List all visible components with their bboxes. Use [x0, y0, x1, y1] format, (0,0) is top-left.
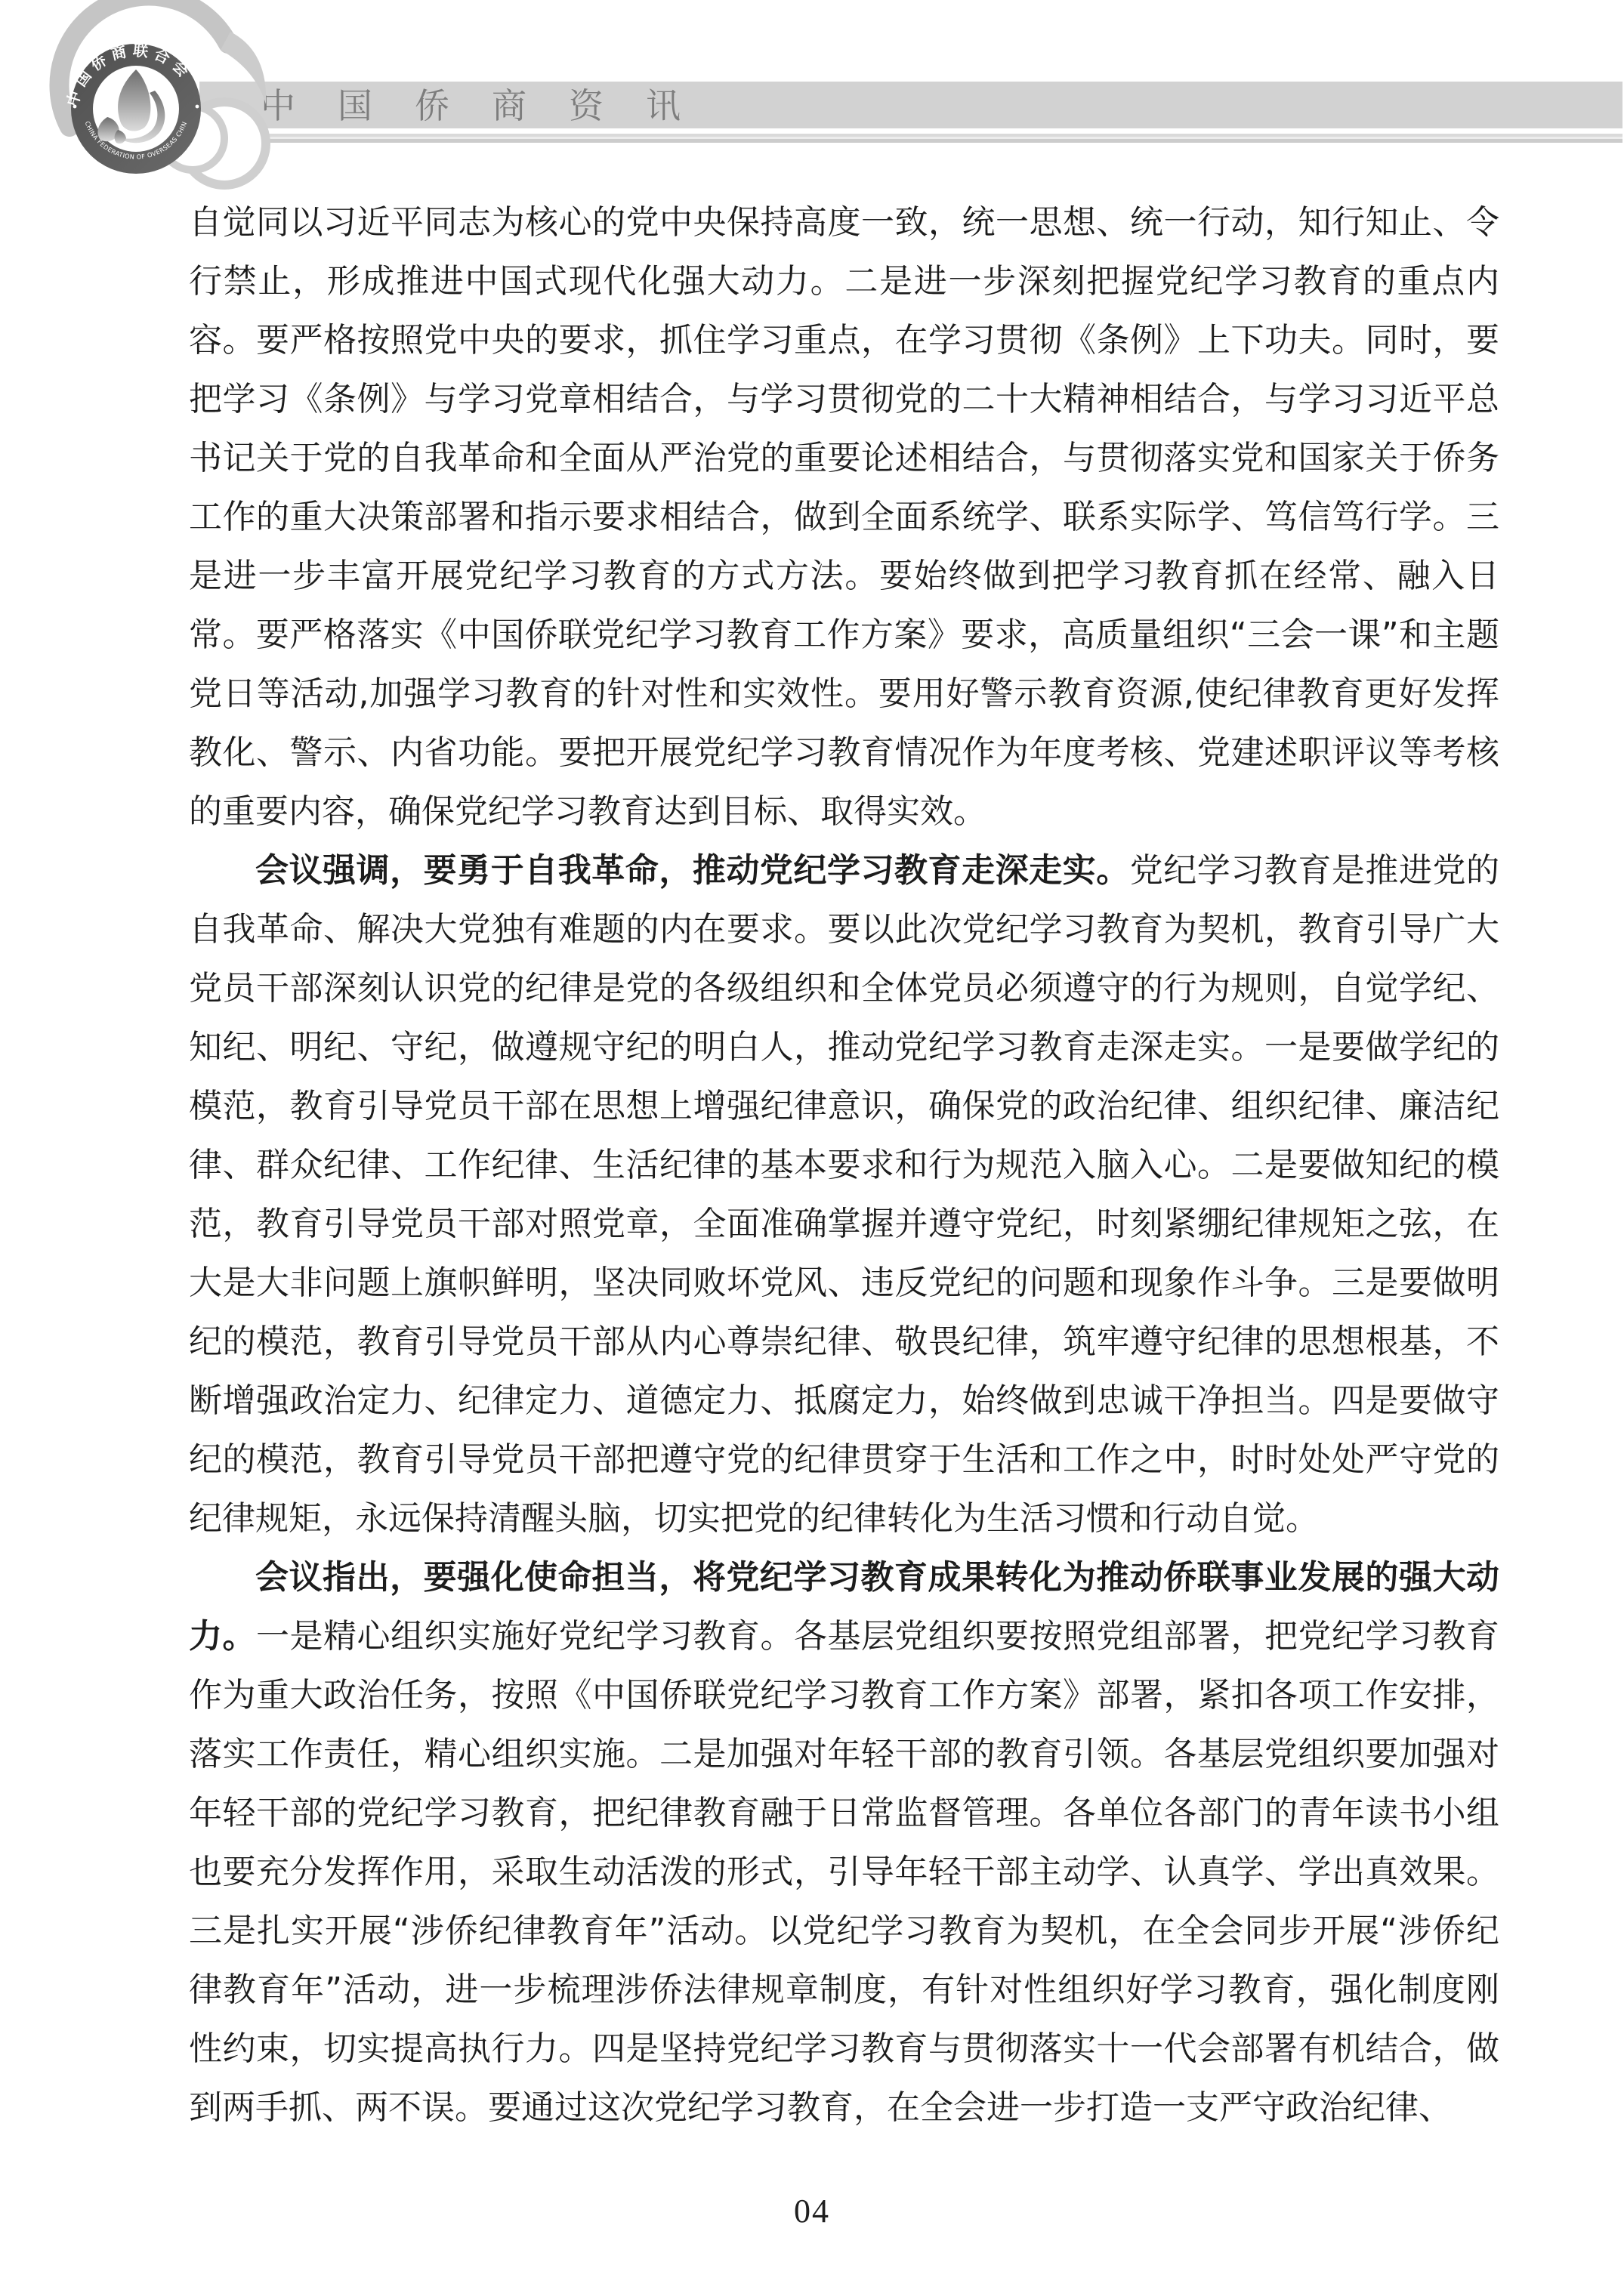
logo-star-right: [196, 105, 199, 109]
body-paragraph: 会议指出，要强化使命担当，将党纪学习教育成果转化为推动侨联事业发展的强大动力。一…: [189, 1548, 1499, 2137]
article-body: 自觉同以习近平同志为核心的党中央保持高度一致，统一思想、统一行动，知行知止、令行…: [189, 193, 1499, 2137]
paragraph-lead: 会议强调，要勇于自我革命，推动党纪学习教育走深走实。: [255, 851, 1130, 890]
paragraph-text: 党纪学习教育是推进党的自我革命、解决大党独有难题的内在要求。要以此次党纪学习教育…: [189, 851, 1499, 1538]
banner-title: 中国侨商资讯: [261, 82, 723, 128]
page-number: 04: [0, 2192, 1624, 2230]
body-paragraph: 自觉同以习近平同志为核心的党中央保持高度一致，统一思想、统一行动，知行知止、令行…: [189, 193, 1499, 841]
paragraph-text: 一是精心组织实施好党纪学习教育。各基层党组织要按照党组部署，把党纪学习教育作为重…: [189, 1617, 1499, 2127]
logo-star-left: [73, 105, 77, 109]
logo-swoosh: [221, 32, 266, 104]
body-paragraph: 会议强调，要勇于自我革命，推动党纪学习教育走深走实。党纪学习教育是推进党的自我革…: [189, 841, 1499, 1548]
header-divider: [227, 134, 1622, 143]
page: { "header": { "banner_title": "中国侨商资讯", …: [0, 0, 1624, 2293]
org-logo-icon: 中国侨商联合会 CHINA FEDERATION OF OVERSEAS CHI…: [38, 0, 302, 200]
paragraph-text: 自觉同以习近平同志为核心的党中央保持高度一致，统一思想、统一行动，知行知止、令行…: [189, 203, 1499, 831]
